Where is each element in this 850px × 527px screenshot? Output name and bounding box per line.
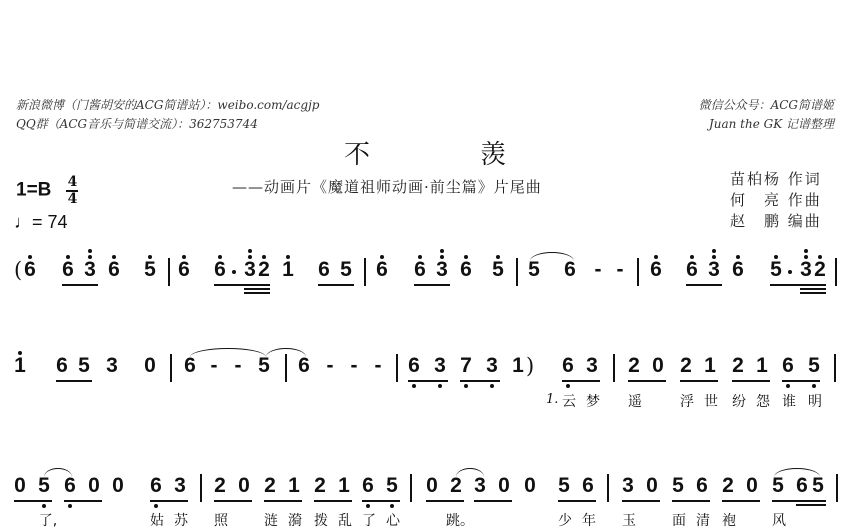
lyric: 了 [360,510,378,527]
high-dot [18,351,22,355]
high-dot [464,255,468,259]
eighth-beam [460,380,500,382]
low-dot [412,384,416,388]
lyric: 世 [702,391,720,411]
dash-extension: - [322,354,338,378]
barline [835,258,837,286]
note: 1 [336,474,352,498]
arranger: 赵 鹏 编曲 [730,211,822,232]
note: 6 [794,474,810,498]
weibo-credit: 新浪微博（门酱胡安的ACG简谱站）：weibo.com/acgjp [16,96,319,115]
note: 2 [626,354,642,378]
key-label: 1=B [16,179,51,200]
time-sig-top: 4 [68,176,78,189]
lyric: 玉 [620,510,638,527]
tempo-value: = 74 [32,212,68,232]
high-dot [262,255,266,259]
verse-number: 1. [546,392,558,407]
note: 0 [110,474,126,498]
eighth-beam [362,500,400,502]
note: 6 [694,474,710,498]
barline [607,474,609,502]
high-dot [496,255,500,259]
note: 6 [106,258,122,282]
open-paren: ( [14,258,22,282]
dash-extension: - [206,354,222,378]
high-dot [218,255,222,259]
high-dot [712,255,716,259]
note: 5 [384,474,400,498]
note: 3 [432,354,448,378]
high-dot [804,255,808,259]
note: 2 [262,474,278,498]
barline [200,474,202,502]
note: 6 [406,354,422,378]
time-sig-bottom: 4 [68,193,78,206]
transcriber-credit: Juan the GK 记谱整理 [709,115,834,134]
high-dot [440,249,444,253]
high-dot [88,255,92,259]
high-dot [28,255,32,259]
note: 0 [522,474,538,498]
low-dot [566,384,570,388]
note: 5 [526,258,542,282]
note: 5 [256,354,272,378]
eighth-beam [408,380,448,382]
augmentation-dot [232,270,236,274]
note: 5 [36,474,52,498]
lyric: 云 [560,391,578,411]
dash-extension: - [230,354,246,378]
high-dot [712,249,716,253]
song-title-char2: 羡 [480,134,506,171]
high-dot [248,249,252,253]
thirtysecond-beam [800,292,826,294]
note: 1 [286,474,302,498]
qq-group-credit: QQ群（ACG音乐与简谱交流）：362753744 [16,115,258,134]
note: 1 [280,258,296,282]
high-dot [148,255,152,259]
eighth-beam [622,500,660,502]
eighth-beam [672,500,710,502]
staff-row-1: ( 6 6 3 6 5 6 6 3 2 1 6 5 6 6 3 6 5 5 6 … [0,258,850,298]
dash-extension: - [346,354,362,378]
lyric: 谁 [780,391,798,411]
time-signature: 4 4 [66,176,78,206]
lyric: 袍 [720,510,738,527]
low-dot [438,384,442,388]
note: 2 [678,354,694,378]
high-dot [66,255,70,259]
note: 6 [176,258,192,282]
thirtysecond-beam [244,292,270,294]
eighth-beam [64,500,102,502]
lyric: 遥 [626,391,644,411]
note: 2 [212,474,228,498]
tie-slur [190,348,266,357]
note: 5 [806,354,822,378]
lyric: 漪 [286,510,304,527]
eighth-beam [474,500,512,502]
lyric: 年 [580,510,598,527]
note: 1 [12,354,28,378]
low-dot [490,384,494,388]
lyric: 涟 [262,510,280,527]
note: 5 [142,258,158,282]
tempo-marking: ♩= 74 [14,212,68,233]
eighth-beam [426,500,464,502]
note: 0 [142,354,158,378]
note: 5 [670,474,686,498]
lyric: 了, [36,510,60,527]
high-dot [804,249,808,253]
note: 2 [448,474,464,498]
high-dot [440,255,444,259]
eighth-beam [214,500,252,502]
barline [170,354,172,382]
high-dot [88,249,92,253]
augmentation-dot [788,270,792,274]
lyric: 跳。 [446,510,474,527]
lyric: 浮 [678,391,696,411]
note: 6 [62,474,78,498]
eighth-beam [214,284,270,286]
song-title-char1: 不 [344,134,370,171]
barline [364,258,366,286]
sixteenth-beam [244,288,270,290]
note: 0 [424,474,440,498]
close-paren: ) [526,354,534,378]
eighth-beam [680,380,718,382]
staff-row-3: 0 5 6 0 0 6 3 2 0 2 1 2 1 6 5 0 2 3 0 0 … [0,474,850,527]
lyric: 怨 [754,391,772,411]
note: 6 [296,354,312,378]
high-dot [736,255,740,259]
low-dot [812,384,816,388]
note: 3 [706,258,722,282]
note: 6 [580,474,596,498]
key-signature: 1=B 4 4 [16,176,78,206]
note: 6 [562,258,578,282]
dash-extension: - [590,258,606,282]
eighth-beam [414,284,450,286]
note: 1 [702,354,718,378]
low-dot [68,504,72,508]
barline [168,258,170,286]
note: 6 [60,258,76,282]
note: 7 [458,354,474,378]
barline [285,354,287,382]
sixteenth-beam [800,288,826,290]
note: 0 [12,474,28,498]
high-dot [112,255,116,259]
eighth-beam [722,500,760,502]
note: 0 [496,474,512,498]
note: 0 [644,474,660,498]
barline [834,354,836,382]
note: 0 [744,474,760,498]
lyric: 照 [212,510,230,527]
note: 6 [780,354,796,378]
note: 6 [560,354,576,378]
eighth-beam [314,500,352,502]
eighth-beam [782,380,820,382]
note: 5 [338,258,354,282]
barline [516,258,518,286]
barline [637,258,639,286]
note: 3 [104,354,120,378]
note: 5 [490,258,506,282]
high-dot [286,255,290,259]
high-dot [182,255,186,259]
eighth-beam [770,284,826,286]
high-dot [418,255,422,259]
authors-block: 苗柏杨 作词 何 亮 作曲 赵 鹏 编曲 [730,169,822,232]
high-dot [380,255,384,259]
note: 6 [730,258,746,282]
lyric: 面 [670,510,688,527]
note: 0 [236,474,252,498]
low-dot [366,504,370,508]
note: 3 [584,354,600,378]
barline [396,354,398,382]
note: 6 [212,258,228,282]
note: 5 [770,474,786,498]
note: 6 [458,258,474,282]
note: 3 [82,258,98,282]
lyric: 姑 [148,510,166,527]
lyric: 乱 [336,510,354,527]
lyric: 少 [556,510,574,527]
low-dot [154,504,158,508]
eighth-beam [150,500,188,502]
eighth-beam [264,500,302,502]
low-dot [786,384,790,388]
note: 6 [316,258,332,282]
composer: 何 亮 作曲 [730,190,822,211]
lyric: 苏 [172,510,190,527]
high-dot [654,255,658,259]
barline [613,354,615,382]
note: 6 [412,258,428,282]
note: 3 [620,474,636,498]
song-subtitle: ——动画片《魔道祖师动画·前尘篇》片尾曲 [232,176,542,197]
note: 6 [360,474,376,498]
high-dot [774,255,778,259]
lyric: 明 [806,391,824,411]
dash-extension: - [370,354,386,378]
eighth-beam [558,500,596,502]
high-dot [690,255,694,259]
note: 6 [374,258,390,282]
eighth-beam [772,500,826,502]
lyric: 纷 [730,391,748,411]
eighth-beam [14,500,52,502]
note: 2 [720,474,736,498]
note: 6 [648,258,664,282]
staff-row-2: 1 6 5 3 0 6 - - 5 6 - - - 6 3 7 3 1 ) 6 … [0,354,850,414]
low-dot [42,504,46,508]
note: 6 [182,354,198,378]
note: 2 [312,474,328,498]
eighth-beam [686,284,722,286]
eighth-beam [732,380,770,382]
note: 5 [76,354,92,378]
note: 2 [256,258,272,282]
note: 2 [730,354,746,378]
note: 3 [484,354,500,378]
note: 3 [434,258,450,282]
note: 0 [650,354,666,378]
quarter-note-icon: ♩ [14,212,32,232]
lyric: 拨 [312,510,330,527]
barline [410,474,412,502]
eighth-beam [62,284,98,286]
eighth-beam [628,380,666,382]
note: 5 [556,474,572,498]
lyric: 心 [384,510,402,527]
note: 0 [86,474,102,498]
note: 6 [54,354,70,378]
high-dot [818,255,822,259]
note: 5 [768,258,784,282]
note: 6 [22,258,38,282]
note: 2 [812,258,828,282]
lyricist: 苗柏杨 作词 [730,169,822,190]
lyric: 风 [770,510,788,527]
lyric: 清 [694,510,712,527]
low-dot [464,384,468,388]
note: 3 [172,474,188,498]
high-dot [248,255,252,259]
note: 5 [810,474,826,498]
wechat-credit: 微信公众号：ACG简谱姬 [699,96,834,115]
note: 6 [148,474,164,498]
eighth-beam [562,380,600,382]
lyric: 梦 [584,391,602,411]
dash-extension: - [612,258,628,282]
eighth-beam [56,380,92,382]
note: 3 [472,474,488,498]
low-dot [390,504,394,508]
barline [836,474,838,502]
note: 1 [510,354,526,378]
eighth-beam [318,284,354,286]
note: 1 [754,354,770,378]
sixteenth-beam [796,504,826,506]
note: 6 [684,258,700,282]
